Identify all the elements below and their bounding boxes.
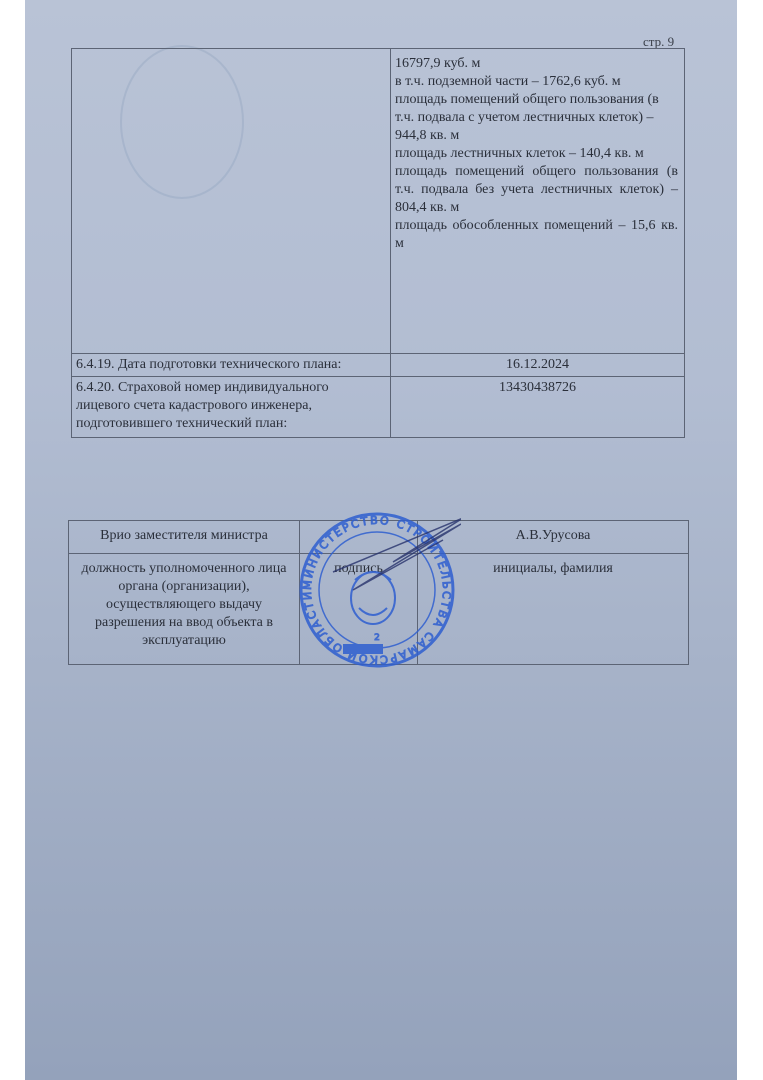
row-value: 13430438726: [391, 377, 685, 438]
position-caption: должность уполномоченного лица органа (о…: [69, 554, 300, 665]
table-row: 6.4.19. Дата подготовки технического пла…: [72, 354, 685, 377]
volume-line: площадь лестничных клеток – 140,4 кв. м: [395, 145, 678, 163]
signature-table: Врио заместителя министра А.В.Урусова до…: [68, 520, 689, 665]
table-row: 6.4.20. Страховой номер индивидуального …: [72, 377, 685, 438]
signature-caption: подпись: [300, 554, 418, 665]
table-row: 16797,9 куб. м в т.ч. подземной части – …: [72, 49, 685, 354]
name-caption: инициалы, фамилия: [418, 554, 689, 665]
volume-line: в т.ч. подземной части – 1762,6 куб. м: [395, 73, 678, 91]
signer-position: Врио заместителя министра: [69, 521, 300, 554]
row-label: 6.4.20. Страховой номер индивидуального …: [72, 377, 391, 438]
volume-details-cell: 16797,9 куб. м в т.ч. подземной части – …: [391, 49, 685, 354]
signer-name: А.В.Урусова: [418, 521, 689, 554]
table-row: должность уполномоченного лица органа (о…: [69, 554, 689, 665]
volume-line: площадь обособленных помещений – 15,6 кв…: [395, 217, 678, 253]
volume-line: площадь помещений общего пользования (в …: [395, 91, 678, 145]
volume-line: площадь помещений общего пользования (в …: [395, 163, 678, 217]
object-details-table: 16797,9 куб. м в т.ч. подземной части – …: [71, 48, 685, 438]
row-value: 16.12.2024: [391, 354, 685, 377]
volume-line: 16797,9 куб. м: [395, 55, 678, 73]
table-row: Врио заместителя министра А.В.Урусова: [69, 521, 689, 554]
signature-field: [300, 521, 418, 554]
row-label: 6.4.19. Дата подготовки технического пла…: [72, 354, 391, 377]
empty-label-cell: [72, 49, 391, 354]
